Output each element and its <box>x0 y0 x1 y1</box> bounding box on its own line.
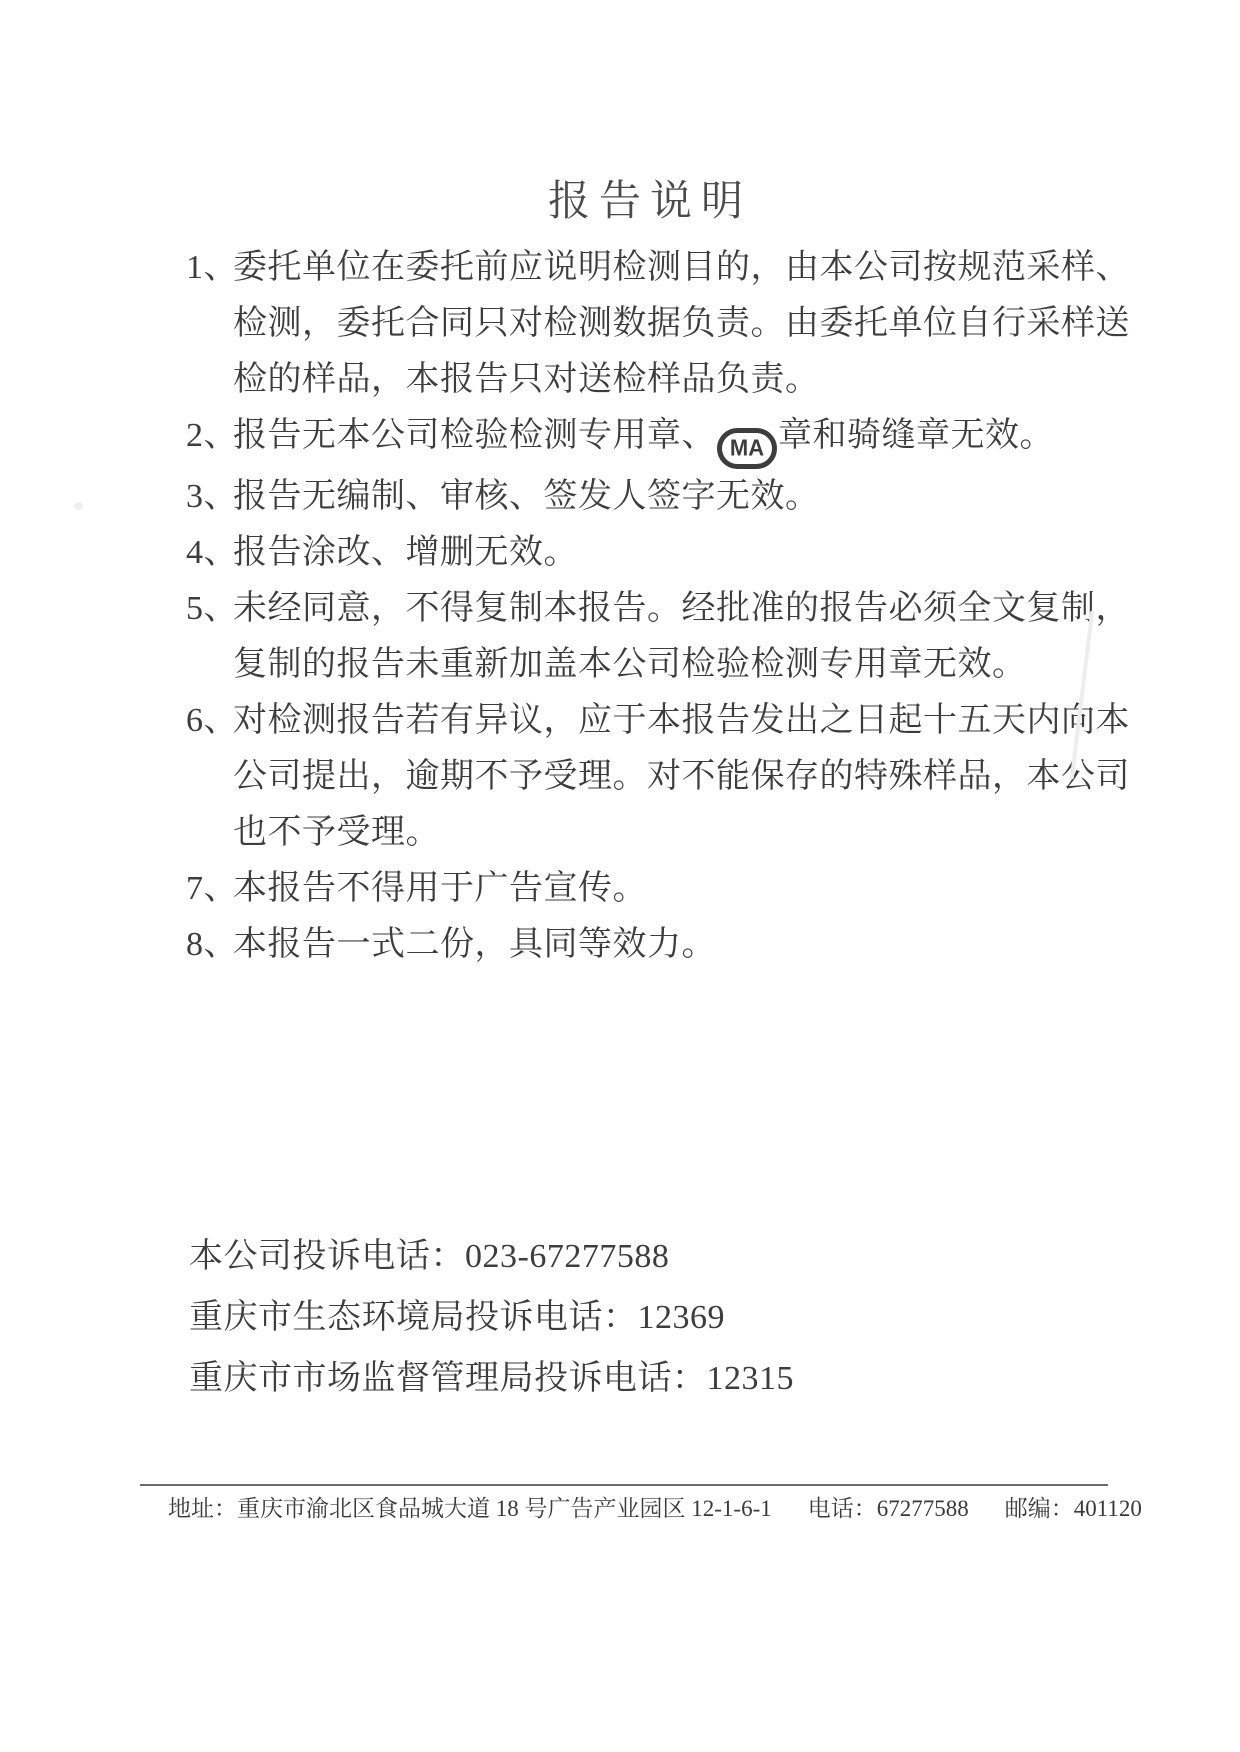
item-line: 本报告一式二份，具同等效力。 <box>233 917 1135 973</box>
item-line: 检的样品，本报告只对送检样品负责。 <box>233 352 1135 408</box>
item-text: 未经同意，不得复制本报告。经批准的报告必须全文复制， <box>233 590 1130 627</box>
item-text: 委托单位在委托前应说明检测目的，由本公司按规范采样、 <box>233 249 1130 286</box>
item-line: 公司提出，逾期不予受理。对不能保存的特殊样品，本公司 <box>233 749 1135 805</box>
report-notes-page: 报告说明 1、委托单位在委托前应说明检测目的，由本公司按规范采样、检测，委托合同… <box>0 0 1240 1752</box>
item-line: 检测，委托合同只对检测数据负责。由委托单位自行采样送 <box>233 296 1135 352</box>
item-body: 委托单位在委托前应说明检测目的，由本公司按规范采样、检测，委托合同只对检测数据负… <box>233 240 1135 408</box>
item-text: 报告无本公司检验检测专用章、 <box>233 417 716 454</box>
item-line: 对检测报告若有异议，应于本报告发出之日起十五天内向本 <box>233 693 1135 749</box>
footer-phone: 电话：67277588 <box>808 1492 969 1526</box>
item-number: 3、 <box>186 469 233 525</box>
item-body: 报告无本公司检验检测专用章、MA章和骑缝章无效。 <box>233 408 1135 469</box>
item-text: 也不予受理。 <box>233 814 440 851</box>
item-text: 公司提出，逾期不予受理。对不能保存的特殊样品，本公司 <box>233 758 1130 795</box>
item-body: 本报告一式二份，具同等效力。 <box>233 917 1135 973</box>
item-line: 复制的报告未重新加盖本公司检验检测专用章无效。 <box>233 637 1135 693</box>
item-text: 检测，委托合同只对检测数据负责。由委托单位自行采样送 <box>233 305 1130 342</box>
list-item: 4、报告涂改、增删无效。 <box>186 525 1135 581</box>
item-text: 报告无编制、审核、签发人签字无效。 <box>233 478 820 515</box>
item-line: 未经同意，不得复制本报告。经批准的报告必须全文复制， <box>233 581 1135 637</box>
complaint-phone-line: 重庆市市场监督管理局投诉电话：12315 <box>189 1348 1120 1409</box>
list-item: 5、未经同意，不得复制本报告。经批准的报告必须全文复制，复制的报告未重新加盖本公… <box>186 581 1135 693</box>
complaint-phone-line: 本公司投诉电话：023-67277588 <box>189 1226 1120 1287</box>
item-number: 4、 <box>186 525 233 581</box>
cma-mark-text: MA <box>730 436 764 459</box>
item-line: 报告涂改、增删无效。 <box>233 525 1135 581</box>
item-text: 复制的报告未重新加盖本公司检验检测专用章无效。 <box>233 646 1027 683</box>
item-body: 报告无编制、审核、签发人签字无效。 <box>233 469 1135 525</box>
item-line: 报告无本公司检验检测专用章、MA章和骑缝章无效。 <box>233 408 1135 469</box>
item-text: 本报告不得用于广告宣传。 <box>233 870 647 907</box>
item-line: 委托单位在委托前应说明检测目的，由本公司按规范采样、 <box>233 240 1135 296</box>
item-number: 2、 <box>186 408 233 464</box>
item-body: 报告涂改、增删无效。 <box>233 525 1135 581</box>
page-title: 报告说明 <box>200 168 1100 228</box>
item-text: 检的样品，本报告只对送检样品负责。 <box>233 361 820 398</box>
list-item: 8、本报告一式二份，具同等效力。 <box>186 917 1135 973</box>
item-body: 未经同意，不得复制本报告。经批准的报告必须全文复制，复制的报告未重新加盖本公司检… <box>233 581 1135 693</box>
page-footer: 地址：重庆市渝北区食品城大道 18 号广告产业园区 12-1-6-1 电话：67… <box>168 1492 1110 1526</box>
item-body: 对检测报告若有异议，应于本报告发出之日起十五天内向本公司提出，逾期不予受理。对不… <box>233 693 1135 861</box>
item-body: 本报告不得用于广告宣传。 <box>233 861 1135 917</box>
item-number: 1、 <box>186 240 233 296</box>
footer-address: 地址：重庆市渝北区食品城大道 18 号广告产业园区 12-1-6-1 <box>168 1492 772 1526</box>
complaint-phone-line: 重庆市生态环境局投诉电话：12369 <box>189 1287 1120 1348</box>
item-line: 报告无编制、审核、签发人签字无效。 <box>233 469 1135 525</box>
item-text: 报告涂改、增删无效。 <box>233 534 578 571</box>
list-item: 3、报告无编制、审核、签发人签字无效。 <box>186 469 1135 525</box>
complaint-phone-list: 本公司投诉电话：023-67277588重庆市生态环境局投诉电话：12369重庆… <box>189 1226 1120 1409</box>
list-item: 2、报告无本公司检验检测专用章、MA章和骑缝章无效。 <box>186 408 1135 469</box>
item-number: 5、 <box>186 581 233 637</box>
item-number: 6、 <box>186 693 233 749</box>
list-item: 1、委托单位在委托前应说明检测目的，由本公司按规范采样、检测，委托合同只对检测数… <box>186 240 1135 408</box>
item-text: 章和骑缝章无效。 <box>778 417 1054 454</box>
list-item: 6、对检测报告若有异议，应于本报告发出之日起十五天内向本公司提出，逾期不予受理。… <box>186 693 1135 861</box>
item-line: 本报告不得用于广告宣传。 <box>233 861 1135 917</box>
item-text: 对检测报告若有异议，应于本报告发出之日起十五天内向本 <box>233 702 1130 739</box>
item-line: 也不予受理。 <box>233 805 1135 861</box>
instructions-list: 1、委托单位在委托前应说明检测目的，由本公司按规范采样、检测，委托合同只对检测数… <box>186 240 1135 973</box>
footer-divider <box>140 1484 1108 1486</box>
scan-artifact <box>74 502 83 510</box>
item-number: 8、 <box>186 917 233 973</box>
item-number: 7、 <box>186 861 233 917</box>
cma-certification-icon: MA <box>717 428 777 469</box>
list-item: 7、本报告不得用于广告宣传。 <box>186 861 1135 917</box>
footer-postcode: 邮编：401120 <box>1005 1492 1142 1526</box>
item-text: 本报告一式二份，具同等效力。 <box>233 926 716 963</box>
